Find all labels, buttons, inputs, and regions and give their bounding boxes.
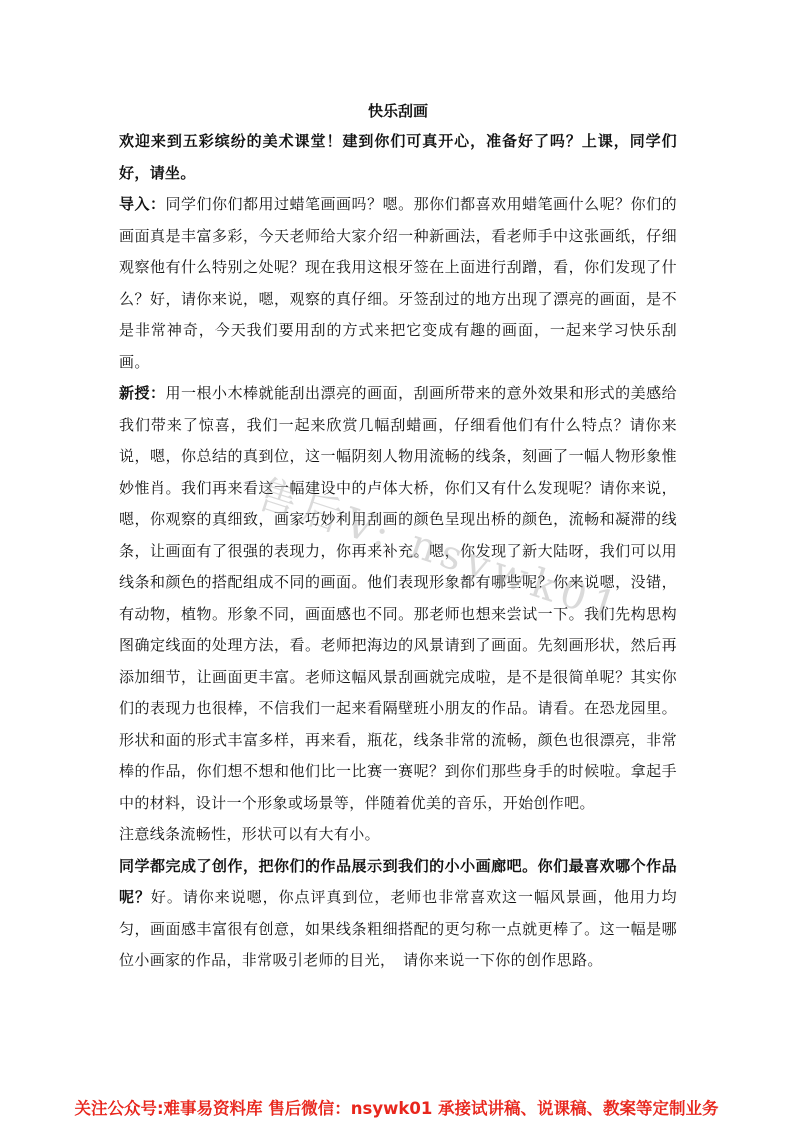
intro-label: 导入： <box>119 195 166 213</box>
footer-banner: 关注公众号:难事易资料库 售后微信：nsywk01 承接试讲稿、说课稿、教案等定… <box>0 1096 793 1122</box>
intro-text: 同学们你们都用过蜡笔画画吗？嗯。那你们都喜欢用蜡笔画什么呢？你们的画面真是丰富多… <box>119 195 677 371</box>
intro-paragraph: 导入：同学们你们都用过蜡笔画画吗？嗯。那你们都喜欢用蜡笔画什么呢？你们的画面真是… <box>119 189 677 378</box>
new-lesson-paragraph: 新授：用一根小木棒就能刮出漂亮的画面，刮画所带来的意外效果和形式的美感给我们带来… <box>119 378 677 819</box>
note-paragraph: 注意线条流畅性，形状可以有大有小。 <box>119 819 677 851</box>
closing-text: 好。请你来说嗯，你点评真到位，老师也非常喜欢这一幅风景画，他用力均匀，画面感丰富… <box>119 888 677 969</box>
new-lesson-label: 新授： <box>119 384 166 402</box>
closing-paragraph: 同学都完成了创作，把你们的作品展示到我们的小小画廊吧。你们最喜欢哪个作品呢？好。… <box>119 851 677 977</box>
document-page: 快乐刮画 欢迎来到五彩缤纷的美术课堂！建到你们可真开心，准备好了吗？上课，同学们… <box>119 96 677 977</box>
new-lesson-text: 用一根小木棒就能刮出漂亮的画面，刮画所带来的意外效果和形式的美感给我们带来了惊喜… <box>119 384 677 812</box>
greeting-paragraph: 欢迎来到五彩缤纷的美术课堂！建到你们可真开心，准备好了吗？上课，同学们好，请坐。 <box>119 126 677 189</box>
document-title: 快乐刮画 <box>119 96 677 126</box>
